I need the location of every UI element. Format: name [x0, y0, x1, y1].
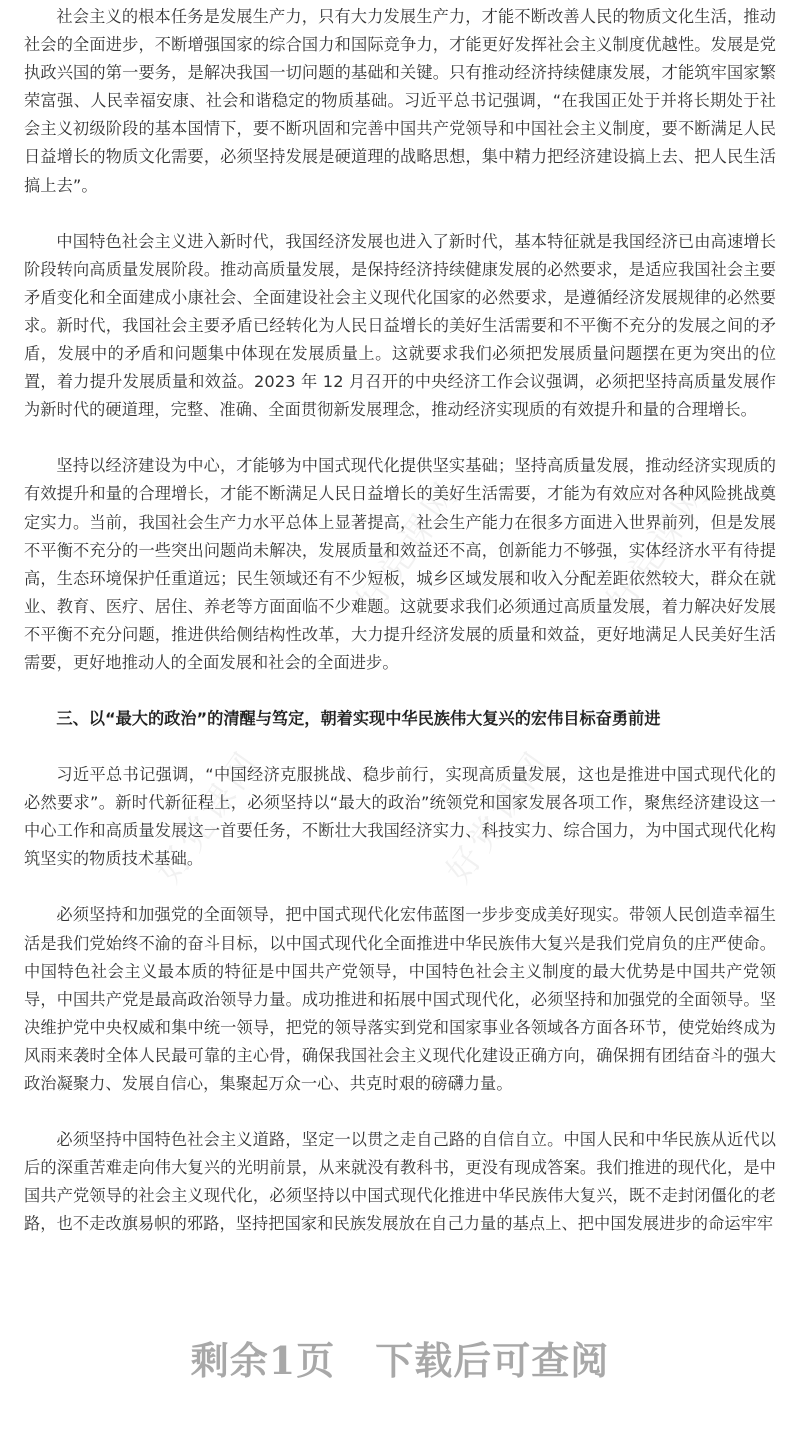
- document-page: 社会主义的根本任务是发展生产力，只有大力发展生产力，才能不断改善人民的物质文化生…: [24, 3, 776, 1266]
- paragraph: 中国特色社会主义进入新时代，我国经济发展也进入了新时代，基本特征就是我国经济已由…: [24, 228, 776, 425]
- paragraph: 坚持以经济建设为中心，才能够为中国式现代化提供坚实基础；坚持高质量发展，推动经济…: [24, 452, 776, 677]
- download-prompt-banner[interactable]: 剩余1页下载后可查阅: [0, 1330, 800, 1385]
- paragraph: 习近平总书记强调，“中国经济克服挑战、稳步前行，实现高质量发展，这也是推进中国式…: [24, 761, 776, 873]
- paragraph: 社会主义的根本任务是发展生产力，只有大力发展生产力，才能不断改善人民的物质文化生…: [24, 3, 776, 200]
- paragraph: 必须坚持和加强党的全面领导，把中国式现代化宏伟蓝图一步步变成美好现实。带领人民创…: [24, 901, 776, 1098]
- download-hint-label: 下载后可查阅: [375, 1338, 609, 1383]
- remaining-pages-label: 剩余1页: [191, 1338, 335, 1383]
- page-cutoff: [0, 1240, 800, 1300]
- paragraph: 必须坚持中国特色社会主义道路，坚定一以贯之走自己路的自信自立。中国人民和中华民族…: [24, 1126, 776, 1238]
- section-heading: 三、以“最大的政治”的清醒与笃定，朝着实现中华民族伟大复兴的宏伟目标奋勇前进: [24, 705, 776, 733]
